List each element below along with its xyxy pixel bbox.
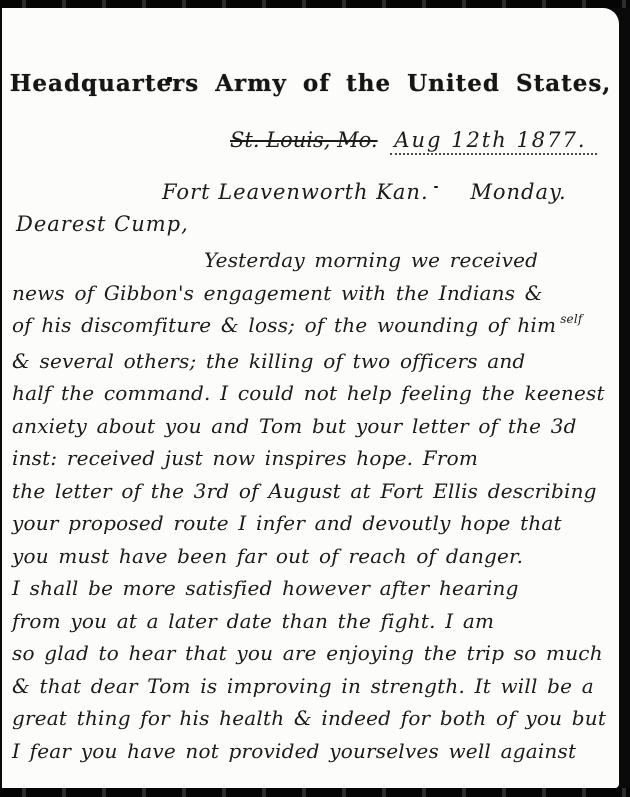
letter-line: inst: received just now inspires hope. F…	[12, 442, 613, 475]
letter-line: you must have been far out of reach of d…	[12, 540, 613, 573]
letter-line: I fear you have not provided yourselves …	[12, 735, 613, 768]
letter-line-text: of his discomfiture & loss; of the wound…	[12, 313, 556, 337]
letter-line: of his discomfiture & loss; of the wound…	[12, 309, 613, 345]
letter-line: half the command. I could not help feeli…	[12, 377, 613, 410]
scanned-letter-page: Headquarters Army of the United States, …	[0, 0, 630, 797]
letter-line: so glad to hear that you are enjoying th…	[12, 637, 613, 670]
day-text: Monday.	[470, 180, 566, 204]
letter-line: your proposed route I infer and devoutly…	[12, 507, 613, 540]
letter-line: & that dear Tom is improving in strength…	[12, 670, 613, 703]
letter-line: & several others; the killing of two off…	[12, 345, 613, 378]
letter-line: the letter of the 3rd of August at Fort …	[12, 475, 613, 508]
scan-edge-bottom	[0, 788, 630, 797]
letter-body: Yesterday morning we received news of Gi…	[12, 244, 613, 767]
dateline-location-struck: St. Louis, Mo.	[230, 128, 384, 152]
salutation: Dearest Cump,	[16, 212, 189, 236]
letter-line: great thing for his health & indeed for …	[12, 702, 613, 735]
place-date-line: Fort Leavenworth Kan. Monday.	[162, 180, 567, 204]
letter-line: I shall be more satisfied however after …	[12, 572, 613, 605]
dateline-handwritten-date: Aug 12th 1877.	[390, 128, 596, 155]
interlineation-self: self	[560, 312, 582, 326]
letter-page: Headquarters Army of the United States, …	[2, 8, 619, 788]
scan-edge-top	[0, 0, 630, 8]
dateline: St. Louis, Mo. Aug 12th 1877.	[230, 128, 597, 152]
letterhead-title: Headquarters Army of the United States,	[2, 70, 619, 97]
place-text: Fort Leavenworth Kan.	[162, 180, 429, 204]
letter-line: news of Gibbon's engagement with the Ind…	[12, 277, 613, 310]
letter-line: Yesterday morning we received	[12, 244, 613, 277]
letter-line: anxiety about you and Tom but your lette…	[12, 410, 613, 443]
letter-line: from you at a later date than the fight.…	[12, 605, 613, 638]
